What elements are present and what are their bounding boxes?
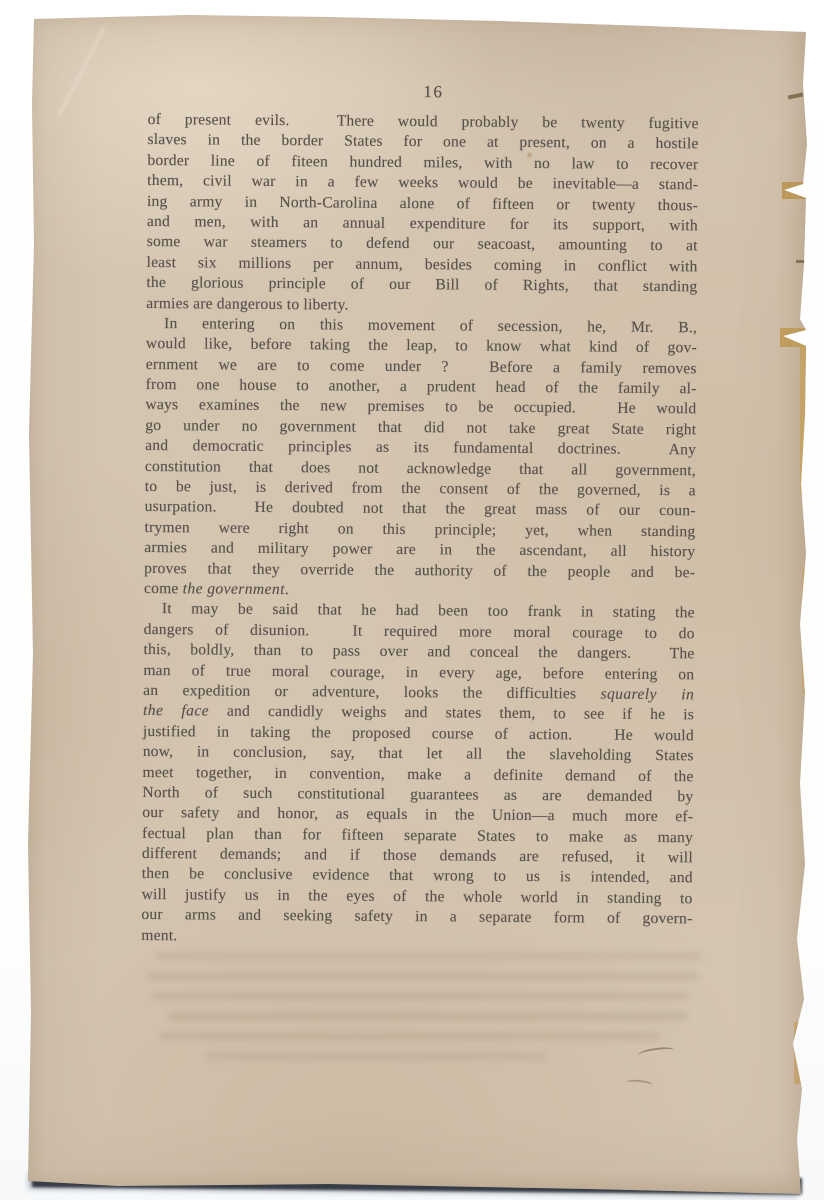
bleed-through-text [146,952,698,1072]
bleed-through-line [152,992,690,1001]
paragraph: of present evils. There would probably b… [146,110,699,318]
text-block: of present evils. There would probably b… [141,110,699,950]
text-line: our arms and seeking safety in a separat… [141,905,692,930]
paper-edge-chip [800,344,808,494]
bleed-through-line [146,972,698,981]
paper-edge-chip [780,328,808,347]
paragraph: It may be said that he had been too fran… [141,599,695,950]
paper-edge-chip [802,569,808,694]
scanned-page-background: 16 of present evils. There would probabl… [0,0,824,1200]
paper-stain [626,1079,654,1090]
paper-edge-notch [788,92,804,99]
paper-edge-notch [796,260,806,263]
paper-edge-chip [794,1022,808,1084]
bleed-through-line [160,1032,660,1041]
document-page: 16 of present evils. There would probabl… [28,14,808,1194]
bleed-through-line [206,1052,546,1061]
printed-area: 16 of present evils. There would probabl… [141,80,699,950]
page-number: 16 [148,80,699,106]
paper-edge-chip [782,182,808,199]
paragraph: In entering on this movement of secessio… [144,314,697,604]
bleed-through-line [168,1012,688,1021]
bleed-through-line [156,952,701,961]
